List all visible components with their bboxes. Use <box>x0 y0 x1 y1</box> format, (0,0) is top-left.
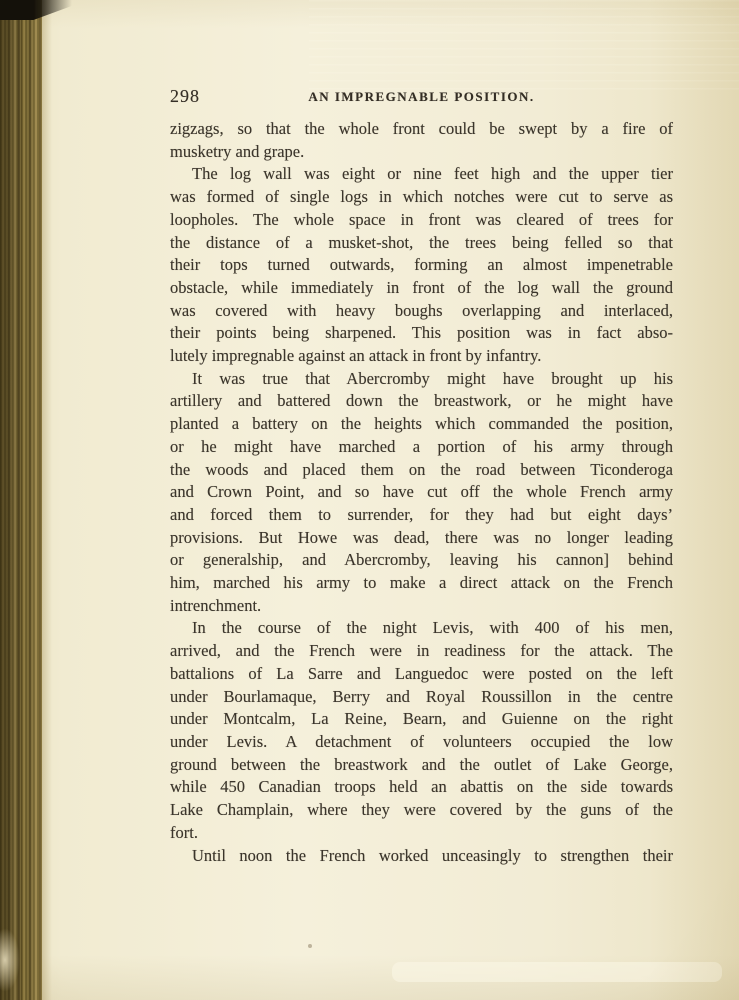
running-header: AN IMPREGNABLE POSITION. <box>170 86 673 105</box>
text-line: under Bourlamaque, Berry and Royal Rouss… <box>170 686 673 709</box>
paragraph: Until noon the French worked unceasingly… <box>170 845 673 868</box>
text-line: lutely impregnable against an attack in … <box>170 345 673 368</box>
text-line: Lake Champlain, where they were covered … <box>170 799 673 822</box>
paragraph: zigzags, so that the whole front could b… <box>170 118 673 163</box>
text-line: was formed of single logs in which notch… <box>170 186 673 209</box>
text-line: Until noon the French worked unceasingly… <box>170 845 673 868</box>
text-line: under Levis. A detachment of volunteers … <box>170 731 673 754</box>
book-page-scan: 298 AN IMPREGNABLE POSITION. zigzags, so… <box>0 0 739 1000</box>
text-line: In the course of the night Levis, with 4… <box>170 617 673 640</box>
text-line: while 450 Canadian troops held an abatti… <box>170 776 673 799</box>
text-line: and Crown Point, and so have cut off the… <box>170 481 673 504</box>
text-line: It was true that Abercromby might have b… <box>170 368 673 391</box>
binding-page-transition <box>38 0 52 1000</box>
text-line: provisions. But Howe was dead, there was… <box>170 527 673 550</box>
text-line: him, marched his army to make a direct a… <box>170 572 673 595</box>
text-line: fort. <box>170 822 673 845</box>
paragraph: In the course of the night Levis, with 4… <box>170 617 673 844</box>
paragraph: The log wall was eight or nine feet high… <box>170 163 673 367</box>
text-line: zigzags, so that the whole front could b… <box>170 118 673 141</box>
text-line: artillery and battered down the breastwo… <box>170 390 673 413</box>
scan-texture-top <box>309 0 739 95</box>
text-line: musketry and grape. <box>170 141 673 164</box>
text-line: the woods and placed them on the road be… <box>170 459 673 482</box>
text-line: ground between the breastwork and the ou… <box>170 754 673 777</box>
text-body: zigzags, so that the whole front could b… <box>170 118 673 867</box>
text-line: or he might have marched a portion of hi… <box>170 436 673 459</box>
paragraph: It was true that Abercromby might have b… <box>170 368 673 618</box>
text-line: loopholes. The whole space in front was … <box>170 209 673 232</box>
text-line: battalions of La Sarre and Languedoc wer… <box>170 663 673 686</box>
text-line: The log wall was eight or nine feet high… <box>170 163 673 186</box>
text-line: intrenchment. <box>170 595 673 618</box>
text-line: planted a battery on the heights which c… <box>170 413 673 436</box>
text-line: obstacle, while immediately in front of … <box>170 277 673 300</box>
text-line: arrived, and the French were in readines… <box>170 640 673 663</box>
scan-speck <box>308 944 312 948</box>
text-line: under Montcalm, La Reine, Bearn, and Gui… <box>170 708 673 731</box>
page-number: 298 <box>170 86 200 107</box>
text-line: or generalship, and Abercromby, leaving … <box>170 549 673 572</box>
binding-highlight <box>0 928 20 992</box>
text-line: their points being sharpened. This posit… <box>170 322 673 345</box>
scan-texture-bottom <box>392 962 722 982</box>
text-line: and forced them to surrender, for they h… <box>170 504 673 527</box>
page-header: 298 AN IMPREGNABLE POSITION. <box>170 86 673 110</box>
text-line: was covered with heavy boughs overlappin… <box>170 300 673 323</box>
text-line: the distance of a musket-shot, the trees… <box>170 232 673 255</box>
book-binding-page-edges <box>0 0 42 1000</box>
text-line: their tops turned outwards, forming an a… <box>170 254 673 277</box>
